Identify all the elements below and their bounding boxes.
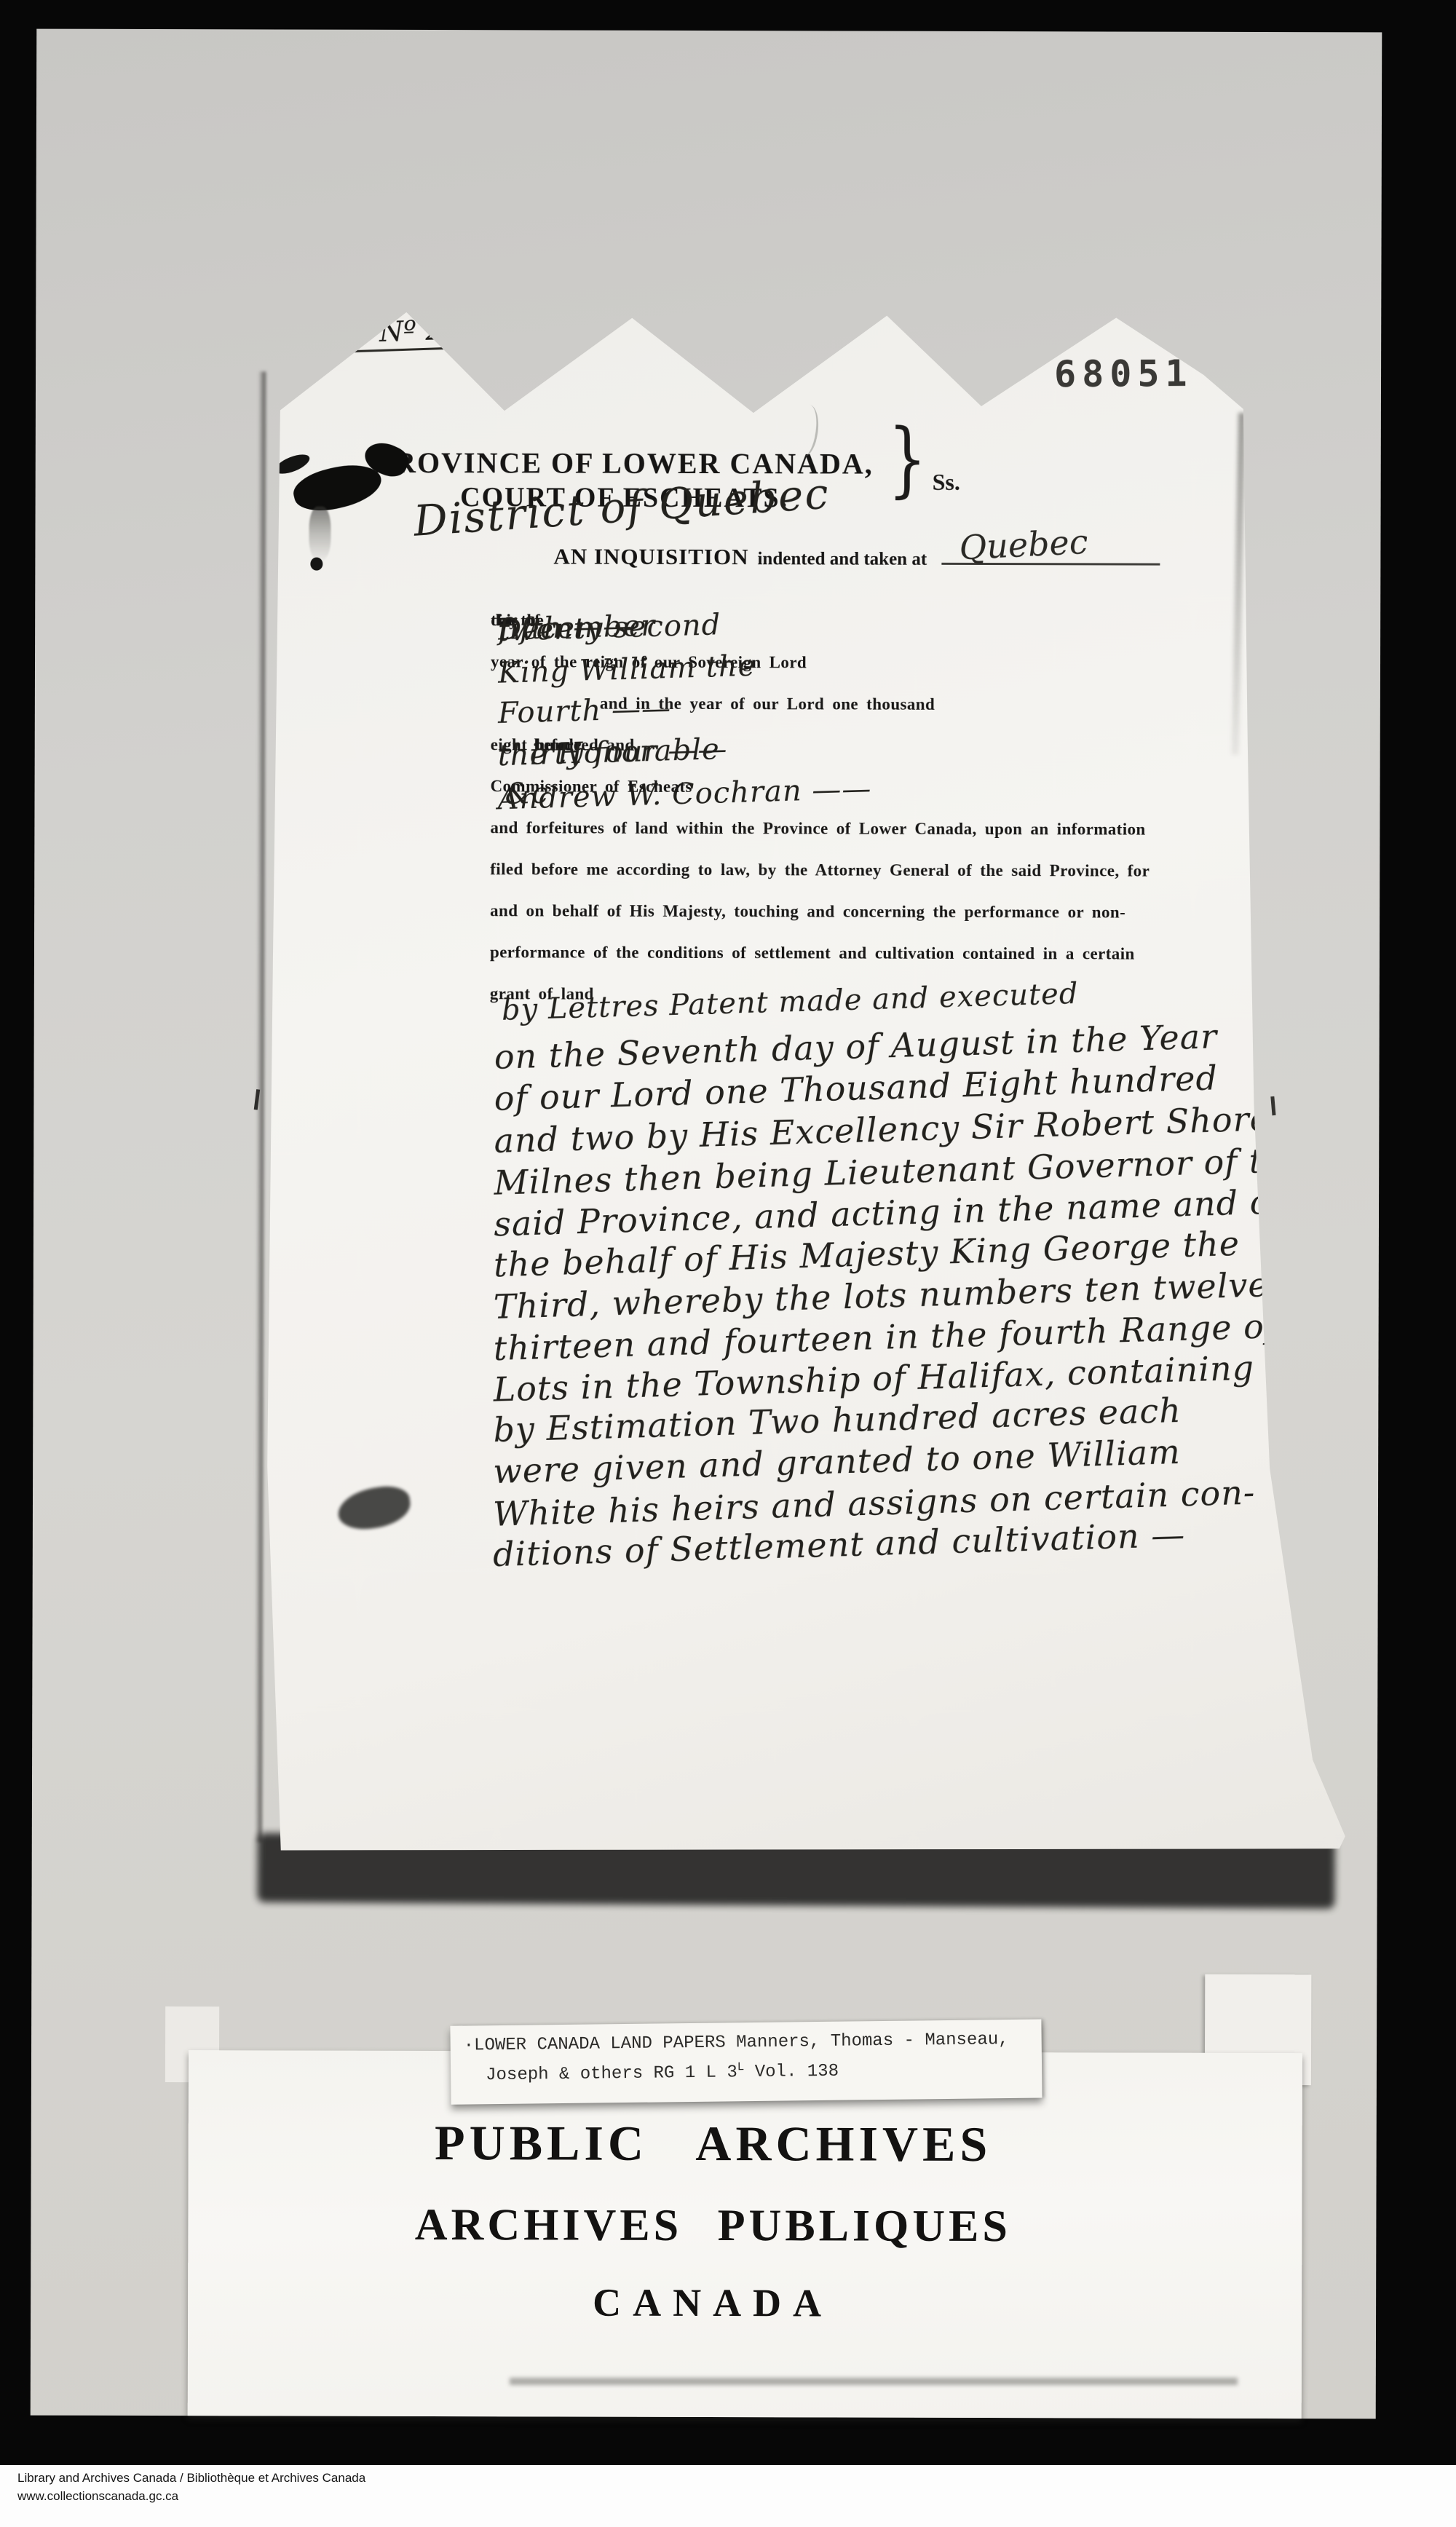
- body-line: and forfeitures of land within the Provi…: [490, 818, 1218, 862]
- ink-blot-dot: [310, 558, 323, 571]
- archive-stamp-number: 68051: [1054, 352, 1193, 395]
- body-line: thistwenty secondday ofDecemberin thefif…: [491, 611, 1219, 655]
- document-body-lines: thistwenty secondday ofDecemberin thefif…: [488, 611, 1219, 1567]
- printed-text: and on behalf of His Majesty, touching a…: [490, 901, 1125, 922]
- public-archives-line: PUBLIC ARCHIVES: [189, 2113, 1238, 2174]
- printed-text: filed before me according to law, by the…: [490, 860, 1150, 880]
- lac-footer-title: Library and Archives Canada / Bibliothèq…: [17, 2471, 365, 2486]
- case-number-handwritten: Case Nº 2.: [300, 313, 462, 354]
- archives-publiques-line: ARCHIVES PUBLIQUES: [188, 2199, 1238, 2253]
- header-brace: }: [887, 412, 927, 507]
- label-line1: ·LOWER CANADA LAND PAPERS Manners, Thoma…: [464, 2030, 1009, 2055]
- label-line2: Joseph & others RG 1 L 3L Vol. 138: [486, 2060, 839, 2085]
- body-line: year of the reign of our Sovereign LordK…: [491, 652, 1219, 696]
- inquisition-line: AN INQUISITION indented and taken at Que…: [553, 543, 1160, 571]
- body-line: performance of the conditions of settlem…: [490, 943, 1218, 986]
- printed-text: and forfeitures of land within the Provi…: [490, 818, 1145, 839]
- photo-mat: Case Nº 2. 68051 PROVINCE OF LOWER CANAD…: [31, 29, 1382, 2419]
- paper-right-crease: [1232, 413, 1246, 755]
- inquisition-lead: AN INQUISITION: [553, 543, 748, 569]
- printed-text: performance of the conditions of settlem…: [490, 943, 1135, 963]
- margin-tick-right: [1270, 1096, 1275, 1115]
- ink-smudge: [336, 1483, 414, 1533]
- lac-footer: Library and Archives Canada / Bibliothèq…: [0, 2465, 1456, 2527]
- card-bottom-smear: [510, 2378, 1238, 2385]
- archive-reference-label: ·LOWER CANADA LAND PAPERS Manners, Thoma…: [450, 2020, 1042, 2105]
- scanned-page: Case Nº 2. 68051 PROVINCE OF LOWER CANAD…: [0, 0, 1456, 2527]
- body-line: Andrew W. Cochran ——&cCommissioner of Es…: [490, 777, 1218, 820]
- printed-text: Commissioner of Escheats: [491, 777, 692, 796]
- canada-line: CANADA: [188, 2279, 1238, 2327]
- ink-blot-hook: [273, 451, 312, 478]
- archives-card: PUBLIC ARCHIVES ARCHIVES PUBLIQUES CANAD…: [188, 2050, 1302, 2419]
- handwritten-text: the Honorable: [497, 732, 720, 772]
- archives-card-text: PUBLIC ARCHIVES ARCHIVES PUBLIQUES CANAD…: [188, 2050, 1238, 2419]
- ink-blot-streak: [309, 507, 331, 561]
- jurat-ss: Ss.: [933, 469, 960, 496]
- printed-text: and in the year of our Lord one thousand: [600, 695, 935, 714]
- place-handwritten: Quebec: [958, 522, 1088, 568]
- body-line: and on behalf of His Majesty, touching a…: [490, 901, 1218, 945]
- place-blank-rule: Quebec: [941, 555, 1160, 566]
- handwritten-text: King William the: [497, 649, 756, 690]
- label-bullet: ·: [464, 2036, 475, 2055]
- lac-footer-url: www.collectionscanada.gc.ca: [17, 2489, 178, 2504]
- inquisition-rest: indented and taken at: [757, 549, 927, 569]
- document-paper: Case Nº 2. 68051 PROVINCE OF LOWER CANAD…: [261, 301, 1357, 1865]
- body-line: filed before me according to law, by the…: [490, 860, 1218, 903]
- handwritten-text: fifth ——: [498, 609, 633, 646]
- label-superscript: L: [737, 2060, 745, 2073]
- body-line: Fourth ——and in the year of our Lord one…: [491, 694, 1219, 737]
